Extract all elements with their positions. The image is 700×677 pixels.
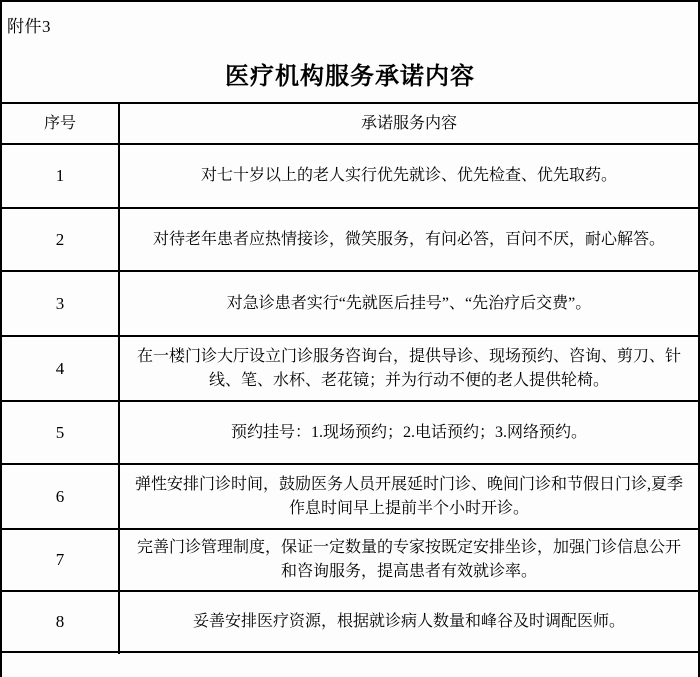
table-row: 5 预约挂号：1.现场预约；2.电话预约；3.网络预约。 (2, 401, 698, 464)
table-row: 6 弹性安排门诊时间，鼓励医务人员开展延时门诊、晚间门诊和节假日门诊,夏季作息时… (2, 464, 698, 529)
column-header-no: 序号 (2, 103, 119, 144)
row-number: 5 (2, 401, 119, 464)
row-content: 在一楼门诊大厅设立门诊服务咨询台，提供导诊、现场预约、咨询、剪刀、针线、笔、水杯… (119, 336, 698, 401)
row-content: 对急诊患者实行“先就医后挂号”、“先治疗后交费”。 (119, 271, 698, 336)
row-content: 妥善安排医疗资源，根据就诊病人数量和峰谷及时调配医师。 (119, 591, 698, 652)
row-content: 弹性安排门诊时间，鼓励医务人员开展延时门诊、晚间门诊和节假日门诊,夏季作息时间早… (119, 464, 698, 529)
row-content: 对七十岁以上的老人实行优先就诊、优先检查、优先取药。 (119, 144, 698, 208)
service-commitment-table: 序号 承诺服务内容 1 对七十岁以上的老人实行优先就诊、优先检查、优先取药。 2… (2, 102, 698, 654)
row-content: 预约挂号：1.现场预约；2.电话预约；3.网络预约。 (119, 401, 698, 464)
table-row: 1 对七十岁以上的老人实行优先就诊、优先检查、优先取药。 (2, 144, 698, 208)
page-title: 医疗机构服务承诺内容 (2, 56, 698, 91)
row-number: 6 (2, 464, 119, 529)
cutoff-cell (2, 652, 119, 654)
table-row: 3 对急诊患者实行“先就医后挂号”、“先治疗后交费”。 (2, 271, 698, 336)
table-row: 8 妥善安排医疗资源，根据就诊病人数量和峰谷及时调配医师。 (2, 591, 698, 652)
row-content: 对待老年患者应热情接诊，微笑服务，有问必答，百问不厌，耐心解答。 (119, 208, 698, 271)
table-row: 7 完善门诊管理制度，保证一定数量的专家按既定安排坐诊，加强门诊信息公开和咨询服… (2, 529, 698, 591)
row-number: 7 (2, 529, 119, 591)
table-header-row: 序号 承诺服务内容 (2, 103, 698, 144)
attachment-label: 附件3 (7, 12, 51, 37)
document-page: 附件3 医疗机构服务承诺内容 序号 承诺服务内容 1 对七十岁以上的老人实行优先… (0, 0, 700, 677)
row-number: 1 (2, 144, 119, 208)
document-header: 附件3 医疗机构服务承诺内容 (2, 2, 698, 102)
table-cutoff-row (2, 652, 698, 654)
row-content: 完善门诊管理制度，保证一定数量的专家按既定安排坐诊，加强门诊信息公开和咨询服务，… (119, 529, 698, 591)
table-row: 2 对待老年患者应热情接诊，微笑服务，有问必答，百问不厌，耐心解答。 (2, 208, 698, 271)
cutoff-cell (119, 652, 698, 654)
column-header-content: 承诺服务内容 (119, 103, 698, 144)
row-number: 2 (2, 208, 119, 271)
row-number: 3 (2, 271, 119, 336)
row-number: 8 (2, 591, 119, 652)
row-number: 4 (2, 336, 119, 401)
table-row: 4 在一楼门诊大厅设立门诊服务咨询台，提供导诊、现场预约、咨询、剪刀、针线、笔、… (2, 336, 698, 401)
